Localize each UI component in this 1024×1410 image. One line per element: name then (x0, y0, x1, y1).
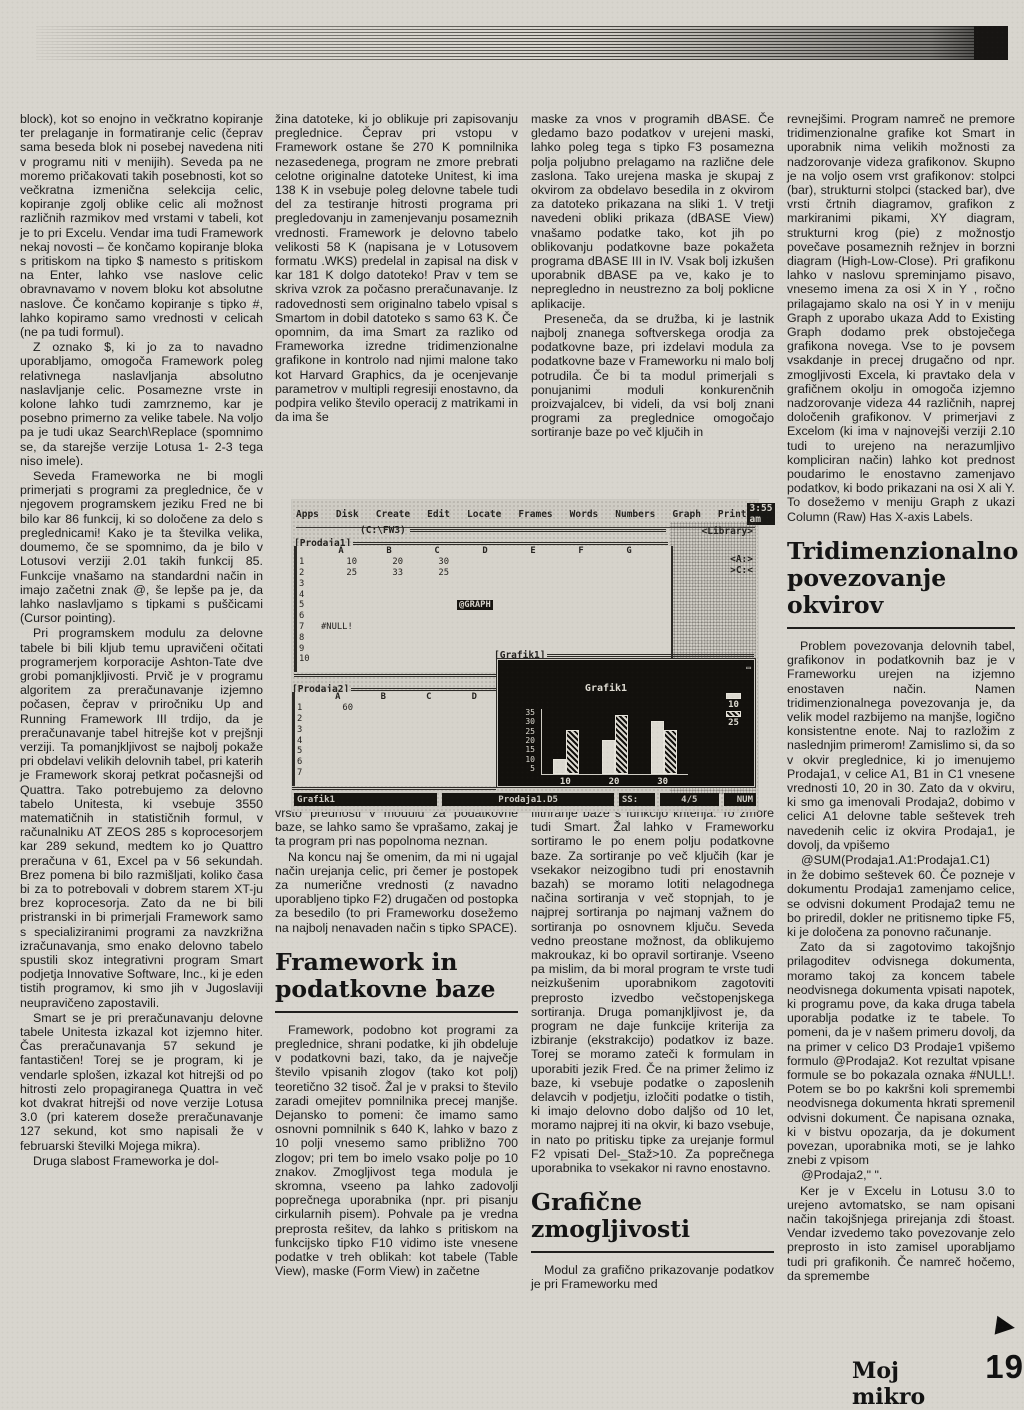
column-header: D (461, 546, 509, 556)
row-number: 8 (299, 633, 311, 643)
frame-size-icon[interactable]: ▭ (746, 663, 751, 672)
continued-arrow-icon: ▶ (994, 1309, 1017, 1341)
sheet-cell: 33 (357, 568, 403, 578)
column-header: D (452, 692, 498, 702)
y-tick-label: 35 (525, 709, 535, 717)
sheet-row: 7#NULL! (297, 622, 671, 633)
sheet-row: 6 (297, 611, 671, 622)
sheet-cell: 60 (309, 703, 353, 713)
bar-group-30 (651, 721, 677, 774)
sheet-row: 6 (295, 757, 497, 768)
paragraph: maske za vnos v programih dBASE. Če gled… (531, 112, 774, 311)
page-footer: Moj mikro 19 (852, 1348, 1024, 1410)
sheet-row: 5@GRAPH (297, 600, 671, 611)
paragraph: in že dobimo seštevek 60. Če pozneje v d… (787, 868, 1015, 939)
sheet-row: 3 (297, 578, 671, 589)
paragraph: filtriranje baze s funkcijo kriterija. T… (531, 806, 774, 1175)
menu-item[interactable]: Graph (672, 509, 701, 520)
x-tick-label: 10 (560, 777, 571, 787)
magazine-page: block), kot so enojno in večkratno kopir… (0, 0, 1024, 1410)
grafik1-graph-frame: ▭ Grafik1 3530252015105 102030 1025 (496, 658, 756, 788)
x-tick-label: 20 (609, 777, 620, 787)
chart-title: Grafik1 (497, 683, 715, 694)
status-position-indicator: 4/5 (660, 793, 719, 806)
text-column-2-top: žina datoteke, ki jo oblikuje pri zapiso… (275, 112, 518, 425)
row-number: 2 (297, 714, 309, 724)
chart-legend: 1025 (726, 693, 741, 728)
sheet-cell: 20 (357, 557, 403, 567)
magazine-brand: Moj mikro (852, 1358, 973, 1410)
paragraph: Z oznako $, ki jo za to navadno uporablj… (20, 340, 263, 468)
frame-border-line (547, 654, 754, 657)
status-ss-indicator: SS: (619, 793, 655, 806)
framework-screenshot: AppsDiskCreateEditLocateFramesWordsNumbe… (292, 500, 758, 812)
row-number: 5 (297, 746, 309, 756)
row-number: 6 (299, 611, 311, 621)
y-axis-tick-labels: 3530252015105 (519, 709, 535, 773)
frame-border-line (351, 688, 496, 691)
paragraph: Modul za grafično prikazovanje podatkov … (531, 1263, 774, 1291)
column-header-row: ABCD (295, 692, 497, 703)
heading-rule (275, 1011, 518, 1013)
section-heading-graficne-zmogljivosti: Grafične zmogljivosti (531, 1189, 774, 1243)
y-tick-label: 15 (525, 746, 535, 754)
bar-series25-x20 (615, 715, 628, 774)
library-cabinet[interactable]: <Library> (702, 526, 753, 537)
masthead-band-endcap (974, 26, 1008, 60)
heading-rule (787, 627, 1015, 629)
framework-status-bar: Grafik1 Prodaja1.D5 SS: 4/5 NUM (294, 793, 756, 806)
sheet-row: 1102030 (297, 557, 671, 568)
desktop-path-line: (C:\FW3) (296, 525, 666, 536)
sheet-row: 2253325 (297, 568, 671, 579)
column-header: A (315, 692, 361, 702)
row-number: 5 (299, 600, 311, 610)
divider-line (410, 529, 666, 532)
bar-chart-plot (541, 709, 688, 775)
section-heading-framework-baze: Framework in podatkovne baze (275, 949, 518, 1003)
row-number: 3 (299, 579, 311, 589)
legend-label: 25 (728, 718, 739, 728)
status-current-frame[interactable]: Grafik1 (294, 793, 437, 806)
drive-c-icon[interactable]: >C:< (730, 565, 753, 576)
menu-item[interactable]: Disk (336, 509, 359, 520)
legend-swatch-plain (726, 693, 741, 699)
menu-item[interactable]: Create (376, 509, 410, 520)
paragraph: Pri programskem modulu za delovne tabele… (20, 626, 263, 1009)
column-header: B (361, 692, 407, 702)
row-number: 9 (299, 644, 311, 654)
masthead-stripe-band (36, 26, 1008, 60)
page-number: 19 (985, 1348, 1024, 1386)
column-header: A (317, 546, 365, 556)
row-number: 1 (297, 703, 309, 713)
sheet-cell: 25 (311, 568, 357, 578)
paragraph: revnejšimi. Program namreč ne premore tr… (787, 112, 1015, 524)
sheet-cell: 30 (403, 557, 449, 567)
text-column-2-bottom: vrsto prednosti v modulu za podatkovne b… (275, 806, 518, 1279)
menu-item[interactable]: Numbers (615, 509, 655, 520)
section-heading-tridimenzionalno: Tridimenzionalno povezovanje okvirov (787, 538, 1015, 619)
menu-item[interactable]: Apps (296, 509, 319, 520)
paragraph: vrsto prednosti v modulu za podatkovne b… (275, 806, 518, 849)
paragraph: Framework, podobno kot programi za pregl… (275, 1023, 518, 1279)
text-column-4: revnejšimi. Program namreč ne premore tr… (787, 112, 1015, 1284)
sheet-row: 8 (297, 632, 671, 643)
sheet-cell: 10 (311, 557, 357, 567)
x-tick-label: 30 (657, 777, 668, 787)
paragraph: Problem povezovanja delovnih tabel, graf… (787, 639, 1015, 852)
bar-group-20 (602, 715, 628, 774)
heading-rule (531, 1251, 774, 1253)
menu-item[interactable]: Edit (427, 509, 450, 520)
current-path-label: (C:\FW3) (360, 525, 406, 536)
sheet-cell: 25 (403, 568, 449, 578)
column-header: B (365, 546, 413, 556)
bar-group-10 (553, 730, 579, 774)
y-tick-label: 20 (525, 737, 535, 745)
paragraph: Smart se je pri preračunavanju delovne t… (20, 1011, 263, 1153)
frame-border-line (292, 787, 496, 790)
paragraph: Seveda Frameworka ne bi mogli primerjati… (20, 469, 263, 625)
legend-swatch-hatched (726, 711, 741, 717)
sheet-row: 3 (295, 724, 497, 735)
paragraph: @SUM(Prodaja1.A1:Prodaja1.C1) (787, 853, 1015, 867)
drive-a-icon[interactable]: <A:> (730, 554, 753, 565)
paragraph: Na koncu naj še omenim, da mi ni ugajal … (275, 850, 518, 935)
sheet-row: 4 (297, 589, 671, 600)
row-number: 4 (299, 590, 311, 600)
menu-item[interactable]: Frames (518, 509, 552, 520)
y-tick-label: 30 (525, 718, 535, 726)
sheet-row: 2 (295, 714, 497, 725)
prodaja2-spreadsheet: ABCD160234567 (292, 692, 499, 786)
menu-item[interactable]: Locate (467, 509, 501, 520)
sheet-row: 4 (295, 735, 497, 746)
paragraph: Zato da si zagotovimo takojšnjo prilagod… (787, 940, 1015, 1167)
error-cell: #NULL! (319, 622, 355, 632)
legend-label: 10 (728, 700, 739, 710)
row-number: 7 (299, 622, 311, 632)
bar-series25-x30 (664, 730, 677, 774)
paragraph: Preseneča, da se družba, ki je lastnik n… (531, 312, 774, 440)
text-column-3-bottom: filtriranje baze s funkcijo kriterija. T… (531, 806, 774, 1293)
column-header: E (509, 546, 557, 556)
column-header: F (557, 546, 605, 556)
menu-item[interactable]: Print (718, 509, 747, 520)
column-header: C (406, 692, 452, 702)
row-number: 10 (299, 654, 311, 664)
paragraph: block), kot so enojno in večkratno kopir… (20, 112, 263, 339)
row-number: 3 (297, 725, 309, 735)
text-column-1: block), kot so enojno in večkratno kopir… (20, 112, 263, 1169)
sheet-row: 5 (295, 746, 497, 757)
column-header: C (413, 546, 461, 556)
status-numlock-indicator: NUM (724, 793, 756, 806)
selected-formula-cell: @GRAPH (457, 600, 493, 610)
bar-series10-x20 (602, 740, 615, 774)
paragraph: @Prodaja2," ". (787, 1168, 1015, 1182)
row-number: 1 (299, 557, 311, 567)
bar-series10-x10 (553, 759, 566, 774)
row-number: 2 (299, 568, 311, 578)
menu-item[interactable]: Words (570, 509, 599, 520)
y-tick-label: 25 (525, 728, 535, 736)
paragraph: Ker je v Excelu in Lotusu 3.0 to urejeno… (787, 1184, 1015, 1283)
status-file-name[interactable]: Prodaja1.D5 (442, 793, 614, 806)
bar-series25-x10 (566, 730, 579, 774)
column-header: G (605, 546, 653, 556)
text-column-3-top: maske za vnos v programih dBASE. Če gled… (531, 112, 774, 441)
sheet-row: 160 (295, 703, 497, 714)
row-number: 7 (297, 768, 309, 778)
x-axis-tick-labels: 102030 (541, 777, 687, 787)
frame-border-line (353, 542, 668, 545)
paragraph: žina datoteke, ki jo oblikuje pri zapiso… (275, 112, 518, 424)
sheet-row: 7 (295, 768, 497, 779)
row-number: 6 (297, 757, 309, 767)
y-tick-label: 5 (530, 765, 535, 773)
row-number: 4 (297, 736, 309, 746)
y-tick-label: 10 (525, 756, 535, 764)
paragraph: Druga slabost Frameworka je dol- (20, 1154, 263, 1168)
column-header-row: ABCDEFG (297, 546, 671, 557)
bar-series10-x30 (651, 721, 664, 774)
